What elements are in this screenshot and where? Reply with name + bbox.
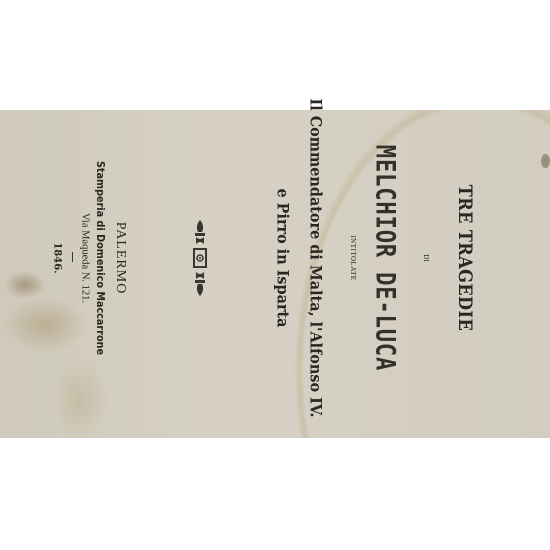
printers-ornament-icon — [192, 218, 208, 298]
imprint-year: 1846. — [52, 242, 63, 273]
imprint-rule-divider — [72, 252, 73, 262]
preposition-di: DI — [422, 254, 430, 261]
imprint-printer: Stamperia di Domenico Maccarrone — [94, 161, 106, 355]
title-page-sheet: TRE TRAGEDIE DI MELCHIOR DE-LUCA INTITOL… — [0, 110, 550, 438]
imprint-address: Via Maqueda N. 121. — [80, 213, 91, 303]
author-name: MELCHIOR DE-LUCA — [370, 145, 401, 371]
title-heading: TRE TRAGEDIE — [454, 185, 476, 331]
imprint-place: PALERMO — [112, 222, 128, 295]
works-line-2: e Pirro in Isparta — [274, 188, 293, 327]
intitolate-label: INTITOLATE — [349, 235, 357, 280]
works-line-1: Il Commendatore di Malta, l'Alfonso IV. — [307, 98, 326, 417]
rotated-page-content: TRE TRAGEDIE DI MELCHIOR DE-LUCA INTITOL… — [0, 110, 550, 438]
